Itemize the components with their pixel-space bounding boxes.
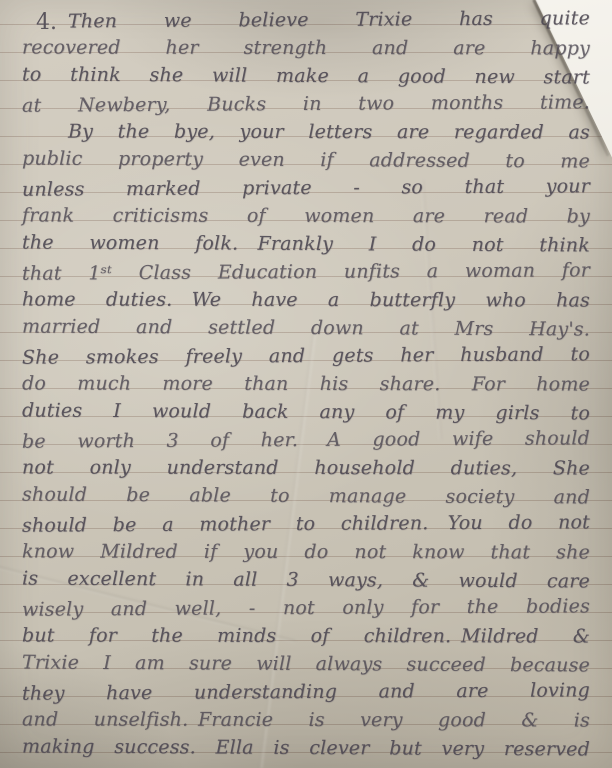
handwritten-line: unless marked private - so that your	[22, 172, 590, 203]
handwritten-line: Trixie I am sure will always succeed bec…	[22, 649, 590, 680]
letter-page: 4. Then we believe Trixie has quiterecov…	[0, 0, 612, 768]
handwritten-line: not only understand household duties, Sh…	[22, 454, 590, 483]
handwritten-line: they have understanding and are loving	[22, 676, 590, 707]
handwritten-line: but for the minds of children. Mildred &	[22, 622, 590, 651]
handwritten-line: at Newbery, Bucks in two months time.	[22, 88, 590, 119]
handwritten-line: should be a mother to children. You do n…	[22, 508, 590, 539]
handwritten-line: that 1ˢᵗ Class Education unfits a woman …	[22, 256, 590, 287]
handwritten-line: home duties. We have a butterfly who has	[22, 286, 590, 315]
handwritten-line: duties I would back any of my girls to	[22, 397, 590, 428]
handwritten-line: should be able to manage society and	[22, 481, 590, 512]
handwritten-line: to think she will make a good new start	[22, 61, 590, 92]
handwritten-line: making success. Ella is clever but very …	[22, 733, 590, 764]
handwritten-line: She smokes freely and gets her husband t…	[22, 340, 590, 371]
handwritten-line: do much more than his share. For home	[22, 370, 590, 399]
handwritten-line: and unselfish. Francie is very good & is	[22, 706, 590, 735]
handwritten-line: recovered her strength and are happy	[22, 34, 590, 63]
handwritten-line: be worth 3 of her. A good wife should	[22, 424, 590, 455]
handwritten-line: public property even if addressed to me	[22, 145, 590, 176]
letter-body: Then we believe Trixie has quiterecovere…	[22, 6, 590, 762]
handwritten-line: know Mildred if you do not know that she	[22, 538, 590, 567]
handwritten-line: is excellent in all 3 ways, & would care	[22, 565, 590, 596]
handwritten-line: wisely and well, - not only for the bodi…	[22, 592, 590, 623]
handwritten-line: married and settled down at Mrs Hay's.	[22, 313, 590, 344]
handwritten-line: the women folk. Frankly I do not think	[22, 229, 590, 260]
handwritten-line: frank criticisms of women are read by	[22, 202, 590, 231]
handwritten-line: Then we believe Trixie has quite	[22, 4, 590, 35]
handwritten-line: By the bye, your letters are regarded as	[22, 118, 590, 147]
